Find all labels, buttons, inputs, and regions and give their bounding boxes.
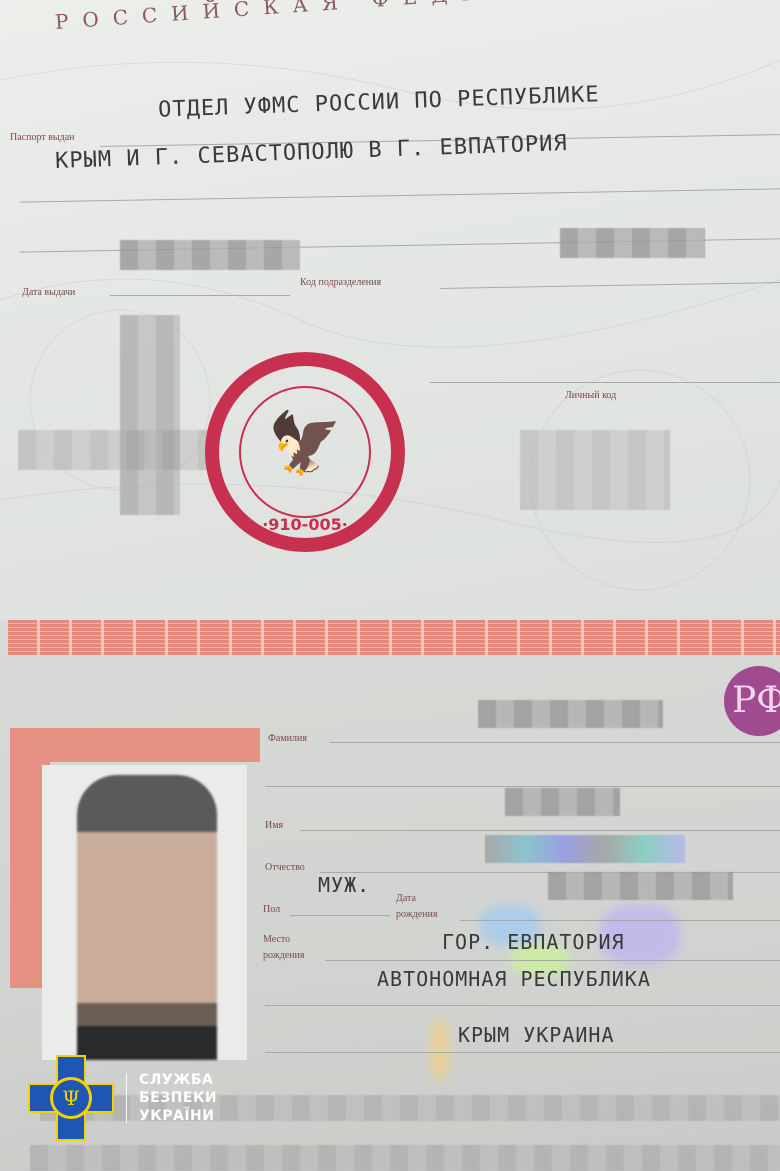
hologram xyxy=(430,1020,450,1080)
rule-line xyxy=(265,1052,780,1053)
surname-label: Фамилия xyxy=(268,733,307,744)
sbu-emblem-icon: Ψ xyxy=(28,1055,114,1141)
name-label: Имя xyxy=(265,820,283,831)
security-strip xyxy=(8,620,780,656)
birthplace-line1: ГОР. ЕВПАТОРИЯ xyxy=(442,930,625,954)
sex-label: Пол xyxy=(263,904,280,915)
fms-stamp: 🦅 ·910-005· xyxy=(205,352,405,552)
dob-label-2: рождения xyxy=(396,909,438,920)
issued-by-line2: КРЫМ И Г. СЕВАСТОПОЛЮ В Г. ЕВПАТОРИЯ xyxy=(55,131,568,174)
rule-line xyxy=(265,786,780,787)
sbu-line3: УКРАЇНИ xyxy=(139,1107,217,1125)
rule-line xyxy=(300,830,780,831)
patronymic-label: Отчество xyxy=(265,862,305,873)
name-value xyxy=(505,788,620,816)
personal-code-redacted xyxy=(520,430,670,510)
signature-redacted xyxy=(120,315,180,515)
stamp-code: ·910-005· xyxy=(219,515,391,534)
sex-value: МУЖ. xyxy=(318,873,370,897)
rule-line xyxy=(290,915,390,916)
birthplace-label-2: рождения xyxy=(263,950,305,961)
birthplace-line2: АВТОНОМНАЯ РЕСПУБЛИКА xyxy=(377,967,651,991)
rule-line xyxy=(325,960,780,961)
birthplace-line3: КРЫМ УКРАИНА xyxy=(458,1023,615,1047)
rule-line xyxy=(440,282,780,289)
rule-line xyxy=(430,382,780,383)
double-headed-eagle-icon: 🦅 xyxy=(268,408,343,479)
rule-line xyxy=(20,188,780,202)
dob-value xyxy=(548,872,733,900)
rule-line xyxy=(265,1005,780,1006)
passport-issue-page: РОССИЙСКАЯ ФЕДЕРАЦИЯ ОТДЕЛ УФМС РОССИИ П… xyxy=(0,0,780,620)
rule-line xyxy=(110,295,290,296)
logo-divider xyxy=(126,1073,127,1123)
issue-date-label: Дата выдачи xyxy=(22,287,75,298)
issue-date-value xyxy=(120,240,300,270)
signature-redacted xyxy=(18,430,208,470)
dob-label-1: Дата xyxy=(396,893,416,904)
issued-by-label: Паспорт выдан xyxy=(10,132,75,143)
mrz-redacted xyxy=(30,1145,780,1171)
division-code-value xyxy=(560,228,705,258)
trident-icon: Ψ xyxy=(50,1077,92,1119)
personal-code-label: Личный код xyxy=(565,390,616,401)
birthplace-label-1: Место xyxy=(263,934,290,945)
holder-photo xyxy=(42,765,247,1060)
pixelated-face xyxy=(77,775,217,1060)
issued-by-line1: ОТДЕЛ УФМС РОССИИ ПО РЕСПУБЛИКЕ xyxy=(158,82,600,122)
country-header: РОССИЙСКАЯ ФЕДЕРАЦИЯ xyxy=(54,0,640,34)
sbu-line1: СЛУЖБА xyxy=(139,1071,217,1089)
patronymic-value xyxy=(485,835,685,863)
division-code-label: Код подразделения xyxy=(300,277,381,288)
rule-line xyxy=(330,742,780,743)
sbu-watermark: Ψ СЛУЖБА БЕЗПЕКИ УКРАЇНИ xyxy=(28,1055,217,1141)
surname-value xyxy=(478,700,663,728)
sbu-wordmark: СЛУЖБА БЕЗПЕКИ УКРАЇНИ xyxy=(139,1071,217,1125)
rule-line xyxy=(460,920,780,921)
sbu-line2: БЕЗПЕКИ xyxy=(139,1089,217,1107)
